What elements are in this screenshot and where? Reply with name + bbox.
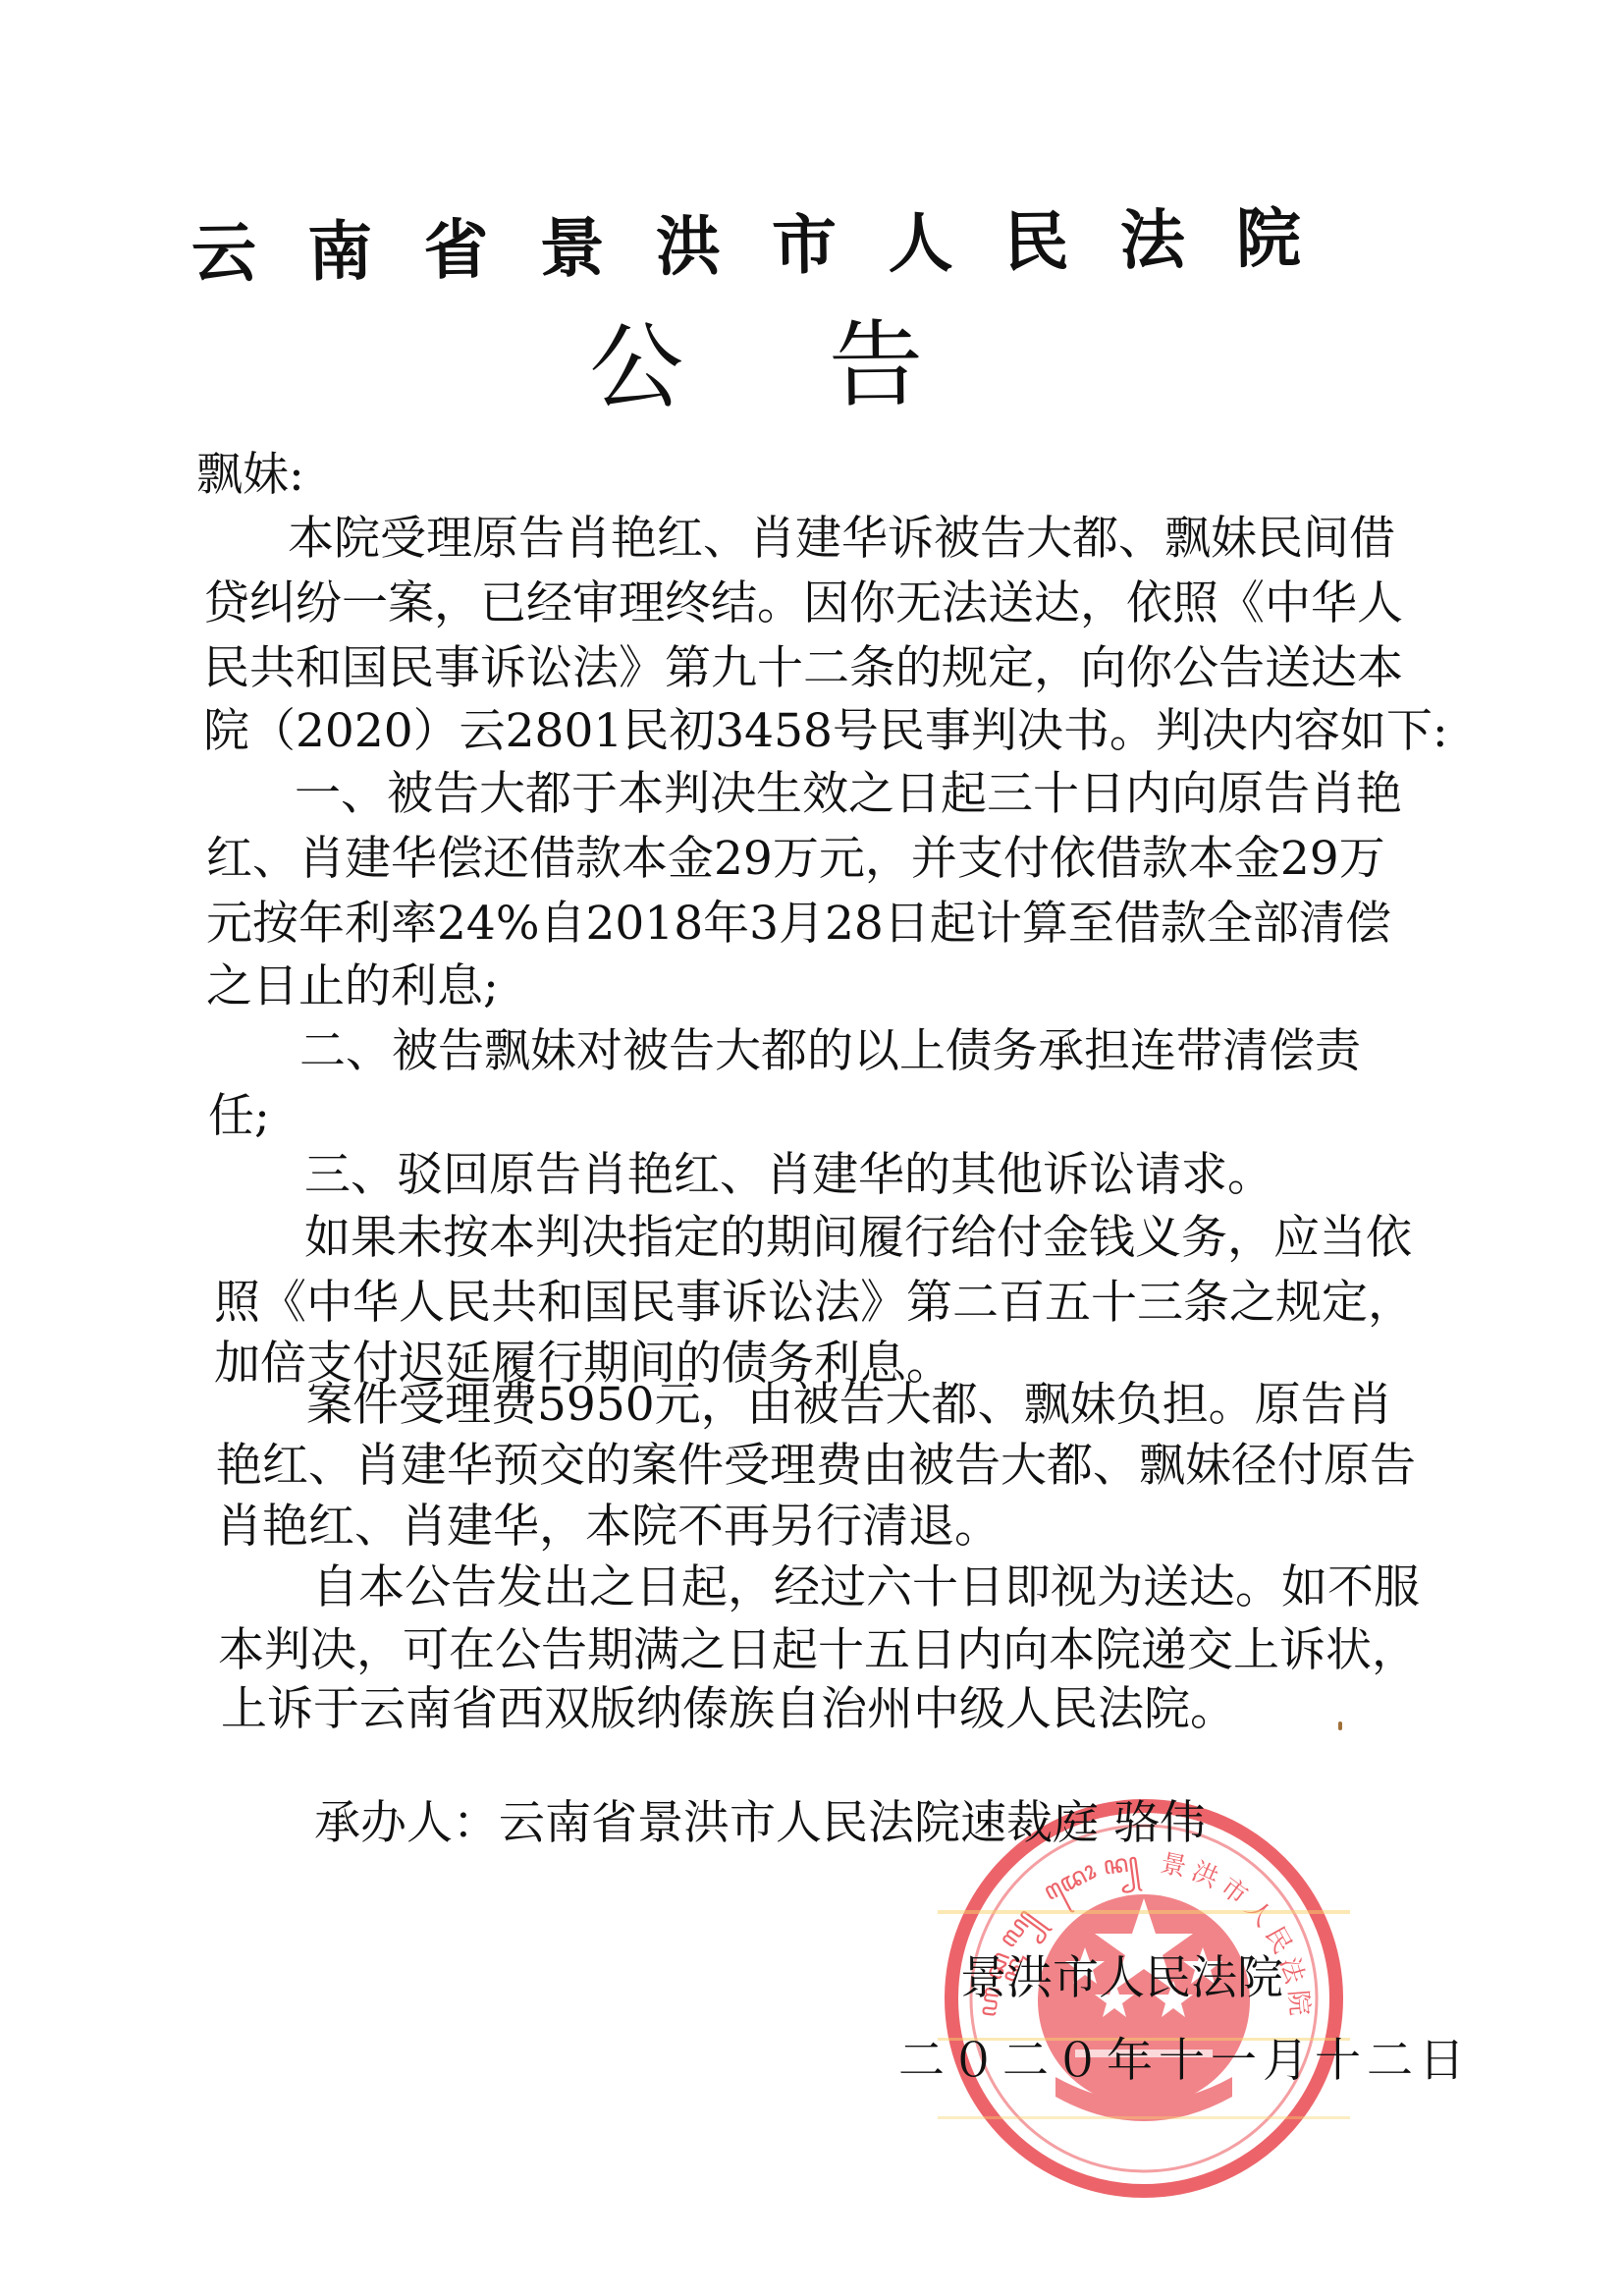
document-type-title: 公 告 xyxy=(588,302,923,414)
body-line: 肖艳红、肖建华，本院不再另行清退。 xyxy=(216,1499,1001,1556)
court-title-char: 民 xyxy=(1003,189,1069,283)
body-line: 贷纠纷一案，已经审理终结。因你无法送达，依照《中华人 xyxy=(203,575,1337,632)
court-title-char: 云 xyxy=(190,200,256,295)
body-line: 本院受理原告肖艳红、肖建华诉被告大都、飘妹民间借 xyxy=(288,511,1335,568)
court-title-char: 省 xyxy=(423,196,489,291)
court-title: 云 南 省 景 洪 市 人 民 法 院 xyxy=(190,192,1301,287)
court-title-char: 洪 xyxy=(655,193,721,288)
body-line: 艳红、肖建华预交的案件受理费由被告大都、飘妹径付原告 xyxy=(216,1438,1353,1495)
body-line: 案件受理费 5950 元，由被告大都、飘妹负担。原告肖 xyxy=(306,1377,1349,1434)
judgment-item-1: 一、被告大都于本判决生效之日起三十日内向原告肖艳 xyxy=(295,766,1337,823)
issue-date: 二０二０年十一月十二日 xyxy=(898,2033,1471,2090)
body-line: 红、肖建华偿还借款本金 29 万元，并支付依借款本金 29 万 xyxy=(206,831,1340,888)
body-line: 院（2020）云 2801 民初 3458 号民事判决书。判决内容如下: xyxy=(203,703,1337,760)
addressee: 飘妹: xyxy=(196,447,304,504)
judgment-item-3: 三、驳回原告肖艳红、肖建华的其他诉讼请求。 xyxy=(304,1147,1273,1204)
court-title-char: 市 xyxy=(771,191,837,286)
court-title-char: 景 xyxy=(539,195,605,290)
body-line: 照《中华人民共和国民事诉讼法》第二百五十三条之规定， xyxy=(214,1275,1343,1332)
notice-page: 云 南 省 景 洪 市 人 民 法 院 公 告 飘妹: 本院受理原告肖艳红、肖建… xyxy=(0,0,1623,2296)
case-handler: 承办人：云南省景洪市人民法院速裁庭 骆伟 xyxy=(314,1795,1206,1852)
body-line: 本判决 ，可在公告期满之日起十五日内向本院递交上诉状， xyxy=(218,1622,1355,1679)
body-line: 元按年利率 24% 自 2018 年 3 月 28 日起计算至借款全部清偿 xyxy=(206,896,1340,953)
court-title-char: 法 xyxy=(1119,187,1185,281)
court-title-char: 人 xyxy=(888,191,953,285)
body-line: 任; xyxy=(208,1088,270,1145)
body-line: 自本公告发出之日起，经过六十日即视为送达。如不服 xyxy=(312,1559,1355,1616)
body-line: 之日止的利息; xyxy=(206,958,499,1015)
doc-type-char: 公 xyxy=(588,292,683,427)
body-line: 上诉于云南省西双版纳傣族自治州中级人民法院。 xyxy=(221,1681,1236,1738)
body-line: 如果未按本判决指定的期间履行给付金钱义务，应当依 xyxy=(304,1210,1347,1267)
doc-type-char: 告 xyxy=(828,290,923,425)
court-title-char: 院 xyxy=(1235,186,1301,280)
scan-speck xyxy=(1338,1722,1342,1730)
body-line: 民共和国民事诉讼法》第九十二条的规定，向你公告送达本 xyxy=(203,640,1337,697)
issuing-court: 景洪市人民法院 xyxy=(960,1950,1283,2007)
judgment-item-2: 二、被告飘妹对被告大都的以上债务承担连带清偿责 xyxy=(299,1023,1342,1080)
court-title-char: 南 xyxy=(307,198,373,293)
